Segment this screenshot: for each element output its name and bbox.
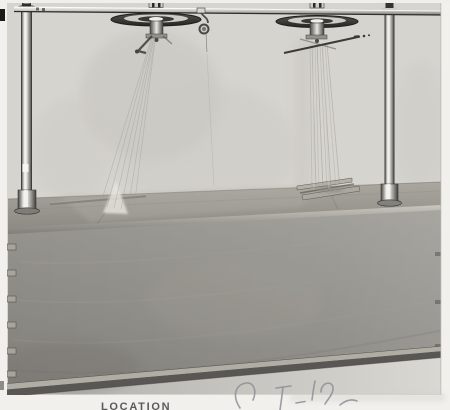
photograph: LOCATION [0,0,450,410]
edge-mark-bottom-left [0,381,4,390]
photo-canvas [0,0,450,410]
location-stamp: LOCATION [101,402,171,410]
edge-mark-top-left [0,9,5,21]
tape-tag [23,164,29,172]
